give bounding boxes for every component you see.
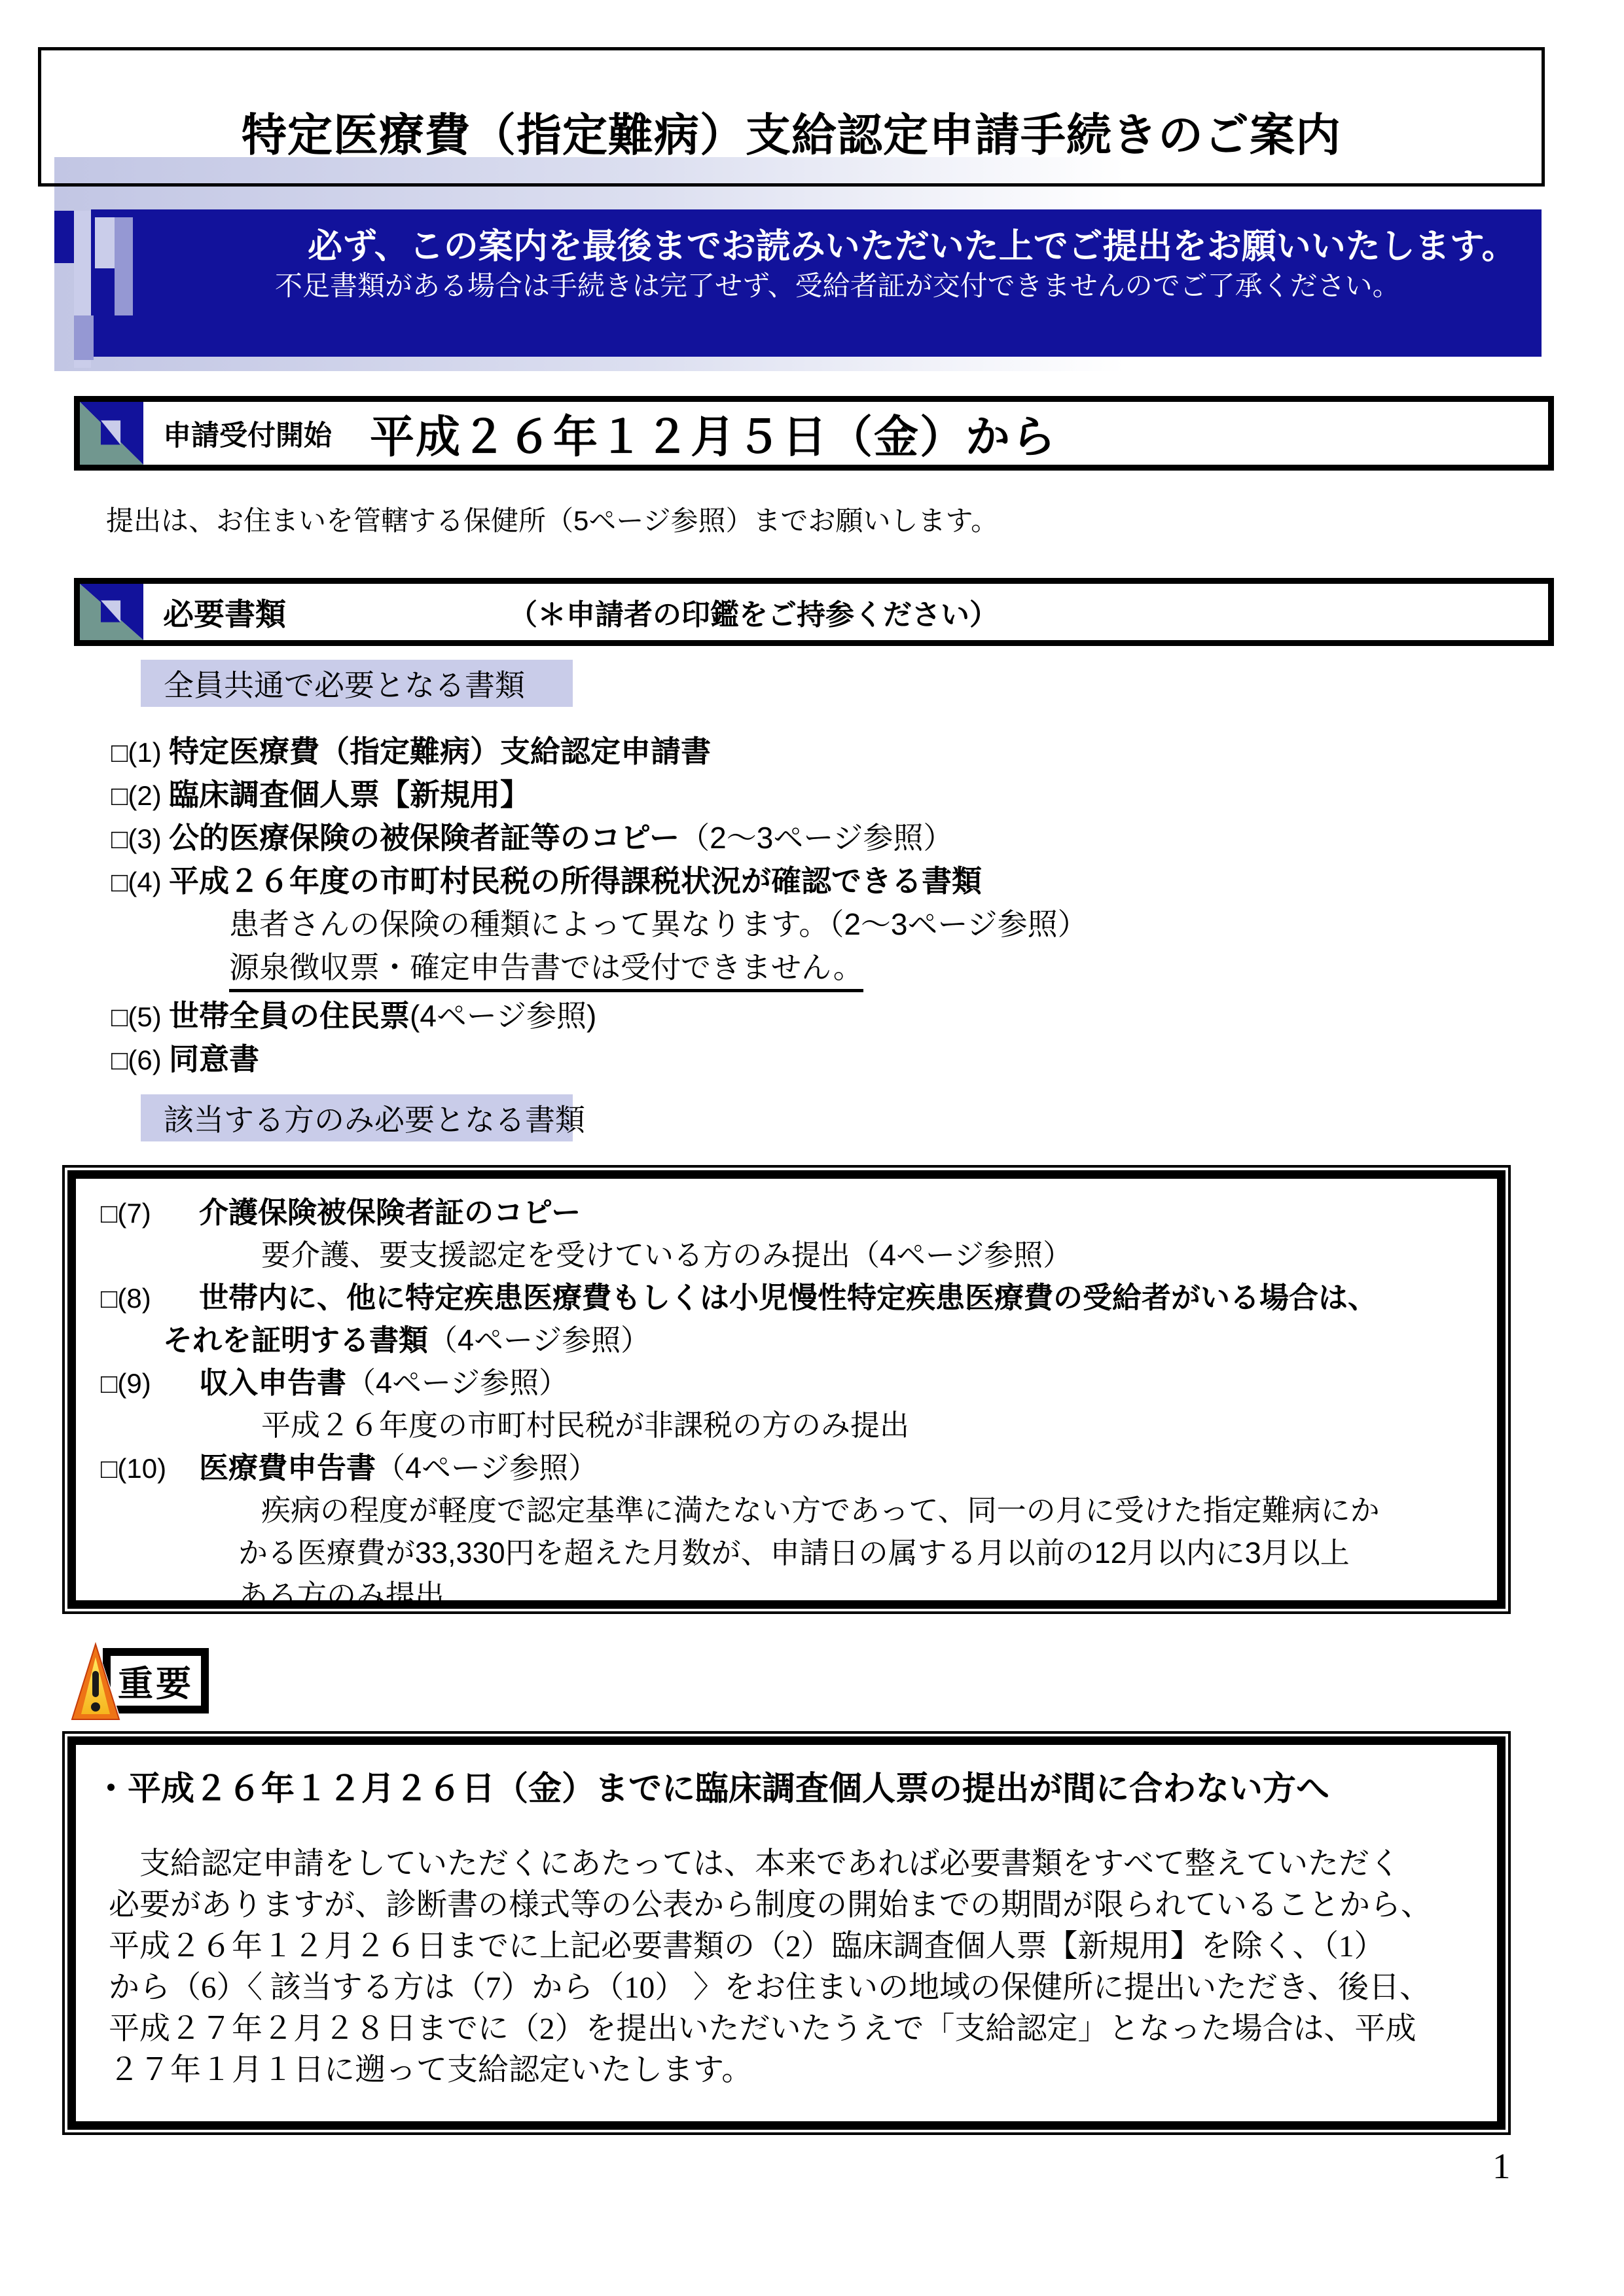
important-notice-heading: ・平成２６年１２月２６日（金）までに臨床調査個人票の提出が間に合わない方へ (94, 1761, 1475, 1810)
body-line: から（6）〈 該当する方は（7）から（10） 〉をお住まいの地域の保健所に提出い… (109, 1967, 1475, 2009)
checklist-item: □(5)世帯全員の住民票(4ページ参照) (111, 992, 1519, 1035)
warning-triangle-icon (68, 1640, 123, 1723)
item-text-bold: 同意書 (169, 1035, 259, 1079)
item-text-normal: (4ページ参照) (410, 992, 596, 1035)
checkbox-number: □(7) (101, 1198, 199, 1229)
item-text-bold: 収入申告書 (199, 1359, 346, 1401)
checklist-item: □(3)公的医療保険の被保険者証等のコピー（2～3ページ参照） (111, 814, 1519, 857)
checklist-item: □(4)平成２６年度の市町村民税の所得課税状況が確認できる書類 (111, 857, 1519, 901)
item-text-normal: （4ページ参照） (346, 1359, 568, 1401)
mosaic-square-icon (115, 217, 133, 315)
checklist-item: □(7)介護保険被保険者証のコピー (101, 1189, 1482, 1231)
documents-seal-note: （＊申請者の印鑑をご持参ください） (509, 591, 998, 633)
item-text-underline: 源泉徴収票・確定申告書では受付できません。 (229, 944, 863, 992)
body-line: ２７年１月１日に遡って支給認定いたします。 (109, 2050, 1475, 2091)
checklist-item: □(10)医療費申告書（4ページ参照） (101, 1444, 1482, 1486)
reception-start-date: 平成２６年１２月５日（金）から (370, 402, 1057, 465)
item-text-normal: （4ページ参照） (428, 1316, 650, 1359)
checkbox-number: □(10) (101, 1453, 199, 1484)
important-badge-label: 重要 (118, 1656, 194, 1706)
checklist-subline: 患者さんの保険の種類によって異なります。（2～3ページ参照） (229, 901, 1519, 944)
common-documents-list: □(1)特定医療費（指定難病）支給認定申請書□(2)臨床調査個人票【新規用】□(… (111, 728, 1519, 1079)
item-text-normal: 患者さんの保険の種類によって異なります。（2～3ページ参照） (229, 901, 1088, 944)
body-line: 必要がありますが、診断書の様式等の公表から制度の開始までの期間が限られていること… (109, 1885, 1475, 1926)
common-documents-label: 全員共通で必要となる書類 (141, 660, 573, 707)
checkbox-number: □(4) (111, 867, 169, 898)
item-text-normal: （2～3ページ参照） (679, 814, 953, 857)
conditional-documents-box: □(7)介護保険被保険者証のコピー要介護、要支援認定を受けている方のみ提出（4ペ… (62, 1165, 1511, 1614)
checklist-item: □(2)臨床調査個人票【新規用】 (111, 771, 1519, 814)
document-page: 特定医療費（指定難病）支給認定申請手続きのご案内 必ず、この案内を最後までお読み… (0, 0, 1624, 2296)
item-text-bold: それを証明する書類 (163, 1316, 428, 1359)
checklist-subline: かる医療費が33,330円を超えた月数が、申請日の属する月以前の12月以内に3月… (238, 1529, 1482, 1571)
checklist-subline: ある方のみ提出 (238, 1571, 1482, 1614)
mosaic-square-icon (95, 217, 115, 268)
checkbox-number: □(5) (111, 1001, 169, 1033)
item-text-normal: 要介護、要支援認定を受けている方のみ提出（4ページ参照） (261, 1231, 1072, 1274)
page-title: 特定医療費（指定難病）支給認定申請手続きのご案内 (242, 99, 1341, 164)
diagonal-square-icon (80, 402, 143, 465)
important-notice-body: 支給認定申請をしていただくにあたっては、本来であれば必要書類をすべて整えていただ… (94, 1844, 1475, 2091)
banner-main-text: 必ず、この案内を最後までお読みいただいた上でご提出をお願いいたします。 (308, 219, 1517, 268)
item-text-bold: 臨床調査個人票【新規用】 (169, 771, 530, 814)
title-box: 特定医療費（指定難病）支給認定申請手続きのご案内 (38, 47, 1545, 187)
item-text-normal: （4ページ参照） (376, 1444, 598, 1486)
body-line: 平成２６年１２月２６日までに上記必要書類の（2）臨床調査個人票【新規用】を除く、… (109, 1926, 1475, 1967)
checkbox-number: □(2) (111, 780, 169, 812)
mosaic-square-icon (54, 211, 74, 263)
item-text-bold: 世帯全員の住民票 (169, 992, 410, 1035)
body-line: 支給認定申請をしていただくにあたっては、本来であれば必要書類をすべて整えていただ… (109, 1844, 1475, 1885)
checklist-subline: 要介護、要支援認定を受けている方のみ提出（4ページ参照） (261, 1231, 1482, 1274)
item-text-bold: 平成２６年度の市町村民税の所得課税状況が確認できる書類 (169, 857, 982, 901)
diagonal-square-icon (80, 584, 143, 640)
body-line: 平成２７年２月２８日までに（2）を提出いただいたうえで「支給認定」となった場合は… (109, 2009, 1475, 2050)
page-number: 1 (1492, 2145, 1511, 2187)
checklist-item: □(9)収入申告書（4ページ参照） (101, 1359, 1482, 1401)
item-text-bold: 医療費申告書 (199, 1444, 376, 1486)
item-text-bold: 公的医療保険の被保険者証等のコピー (169, 814, 679, 857)
checklist-item: □(8)世帯内に、他に特定疾患医療費もしくは小児慢性特定疾患医療費の受給者がいる… (101, 1274, 1482, 1316)
conditional-documents-label: 該当する方のみ必要となる書類 (141, 1094, 573, 1141)
checkbox-number: □(6) (111, 1045, 169, 1076)
checkbox-number: □(8) (101, 1283, 199, 1314)
item-text-bold: 世帯内に、他に特定疾患医療費もしくは小児慢性特定疾患医療費の受給者がいる場合は、 (199, 1274, 1377, 1316)
section-label-reception: 申請受付開始 (163, 414, 332, 454)
mosaic-square-icon (74, 315, 94, 360)
item-text-normal: 疾病の程度が軽度で認定基準に満たない方であって、同一の月に受けた指定難病にか (261, 1486, 1380, 1529)
checkbox-number: □(3) (111, 823, 169, 855)
section-header-documents: 必要書類 （＊申請者の印鑑をご持参ください） (74, 578, 1554, 646)
item-text-normal: 平成２６年度の市町村民税が非課税の方のみ提出 (261, 1401, 909, 1444)
checklist-subline: 源泉徴収票・確定申告書では受付できません。 (229, 944, 1519, 992)
section-label-documents: 必要書類 (163, 590, 286, 634)
important-notice-box: ・平成２６年１２月２６日（金）までに臨床調査個人票の提出が間に合わない方へ 支給… (62, 1731, 1511, 2135)
submission-note: 提出は、お住まいを管轄する保健所（5ページ参照）までお願いします。 (106, 499, 998, 539)
checklist-subline: それを証明する書類（4ページ参照） (163, 1316, 1482, 1359)
item-text-normal: ある方のみ提出 (238, 1571, 444, 1614)
checklist-item: □(1)特定医療費（指定難病）支給認定申請書 (111, 728, 1519, 771)
item-text-bold: 特定医療費（指定難病）支給認定申請書 (169, 728, 711, 771)
checklist-item: □(6)同意書 (111, 1035, 1519, 1079)
section-header-reception: 申請受付開始 平成２６年１２月５日（金）から (74, 396, 1554, 471)
notice-banner: 必ず、この案内を最後までお読みいただいた上でご提出をお願いいたします。 不足書類… (54, 157, 1542, 371)
checkbox-number: □(1) (111, 737, 169, 768)
checkbox-number: □(9) (101, 1368, 199, 1399)
checklist-subline: 疾病の程度が軽度で認定基準に満たない方であって、同一の月に受けた指定難病にか (261, 1486, 1482, 1529)
checklist-subline: 平成２６年度の市町村民税が非課税の方のみ提出 (261, 1401, 1482, 1444)
item-text-normal: かる医療費が33,330円を超えた月数が、申請日の属する月以前の12月以内に3月… (238, 1529, 1350, 1571)
banner-sub-text: 不足書類がある場合は手続きは完了せず、受給者証が交付できませんのでご了承ください… (275, 264, 1400, 304)
item-text-bold: 介護保険被保険者証のコピー (199, 1189, 581, 1231)
